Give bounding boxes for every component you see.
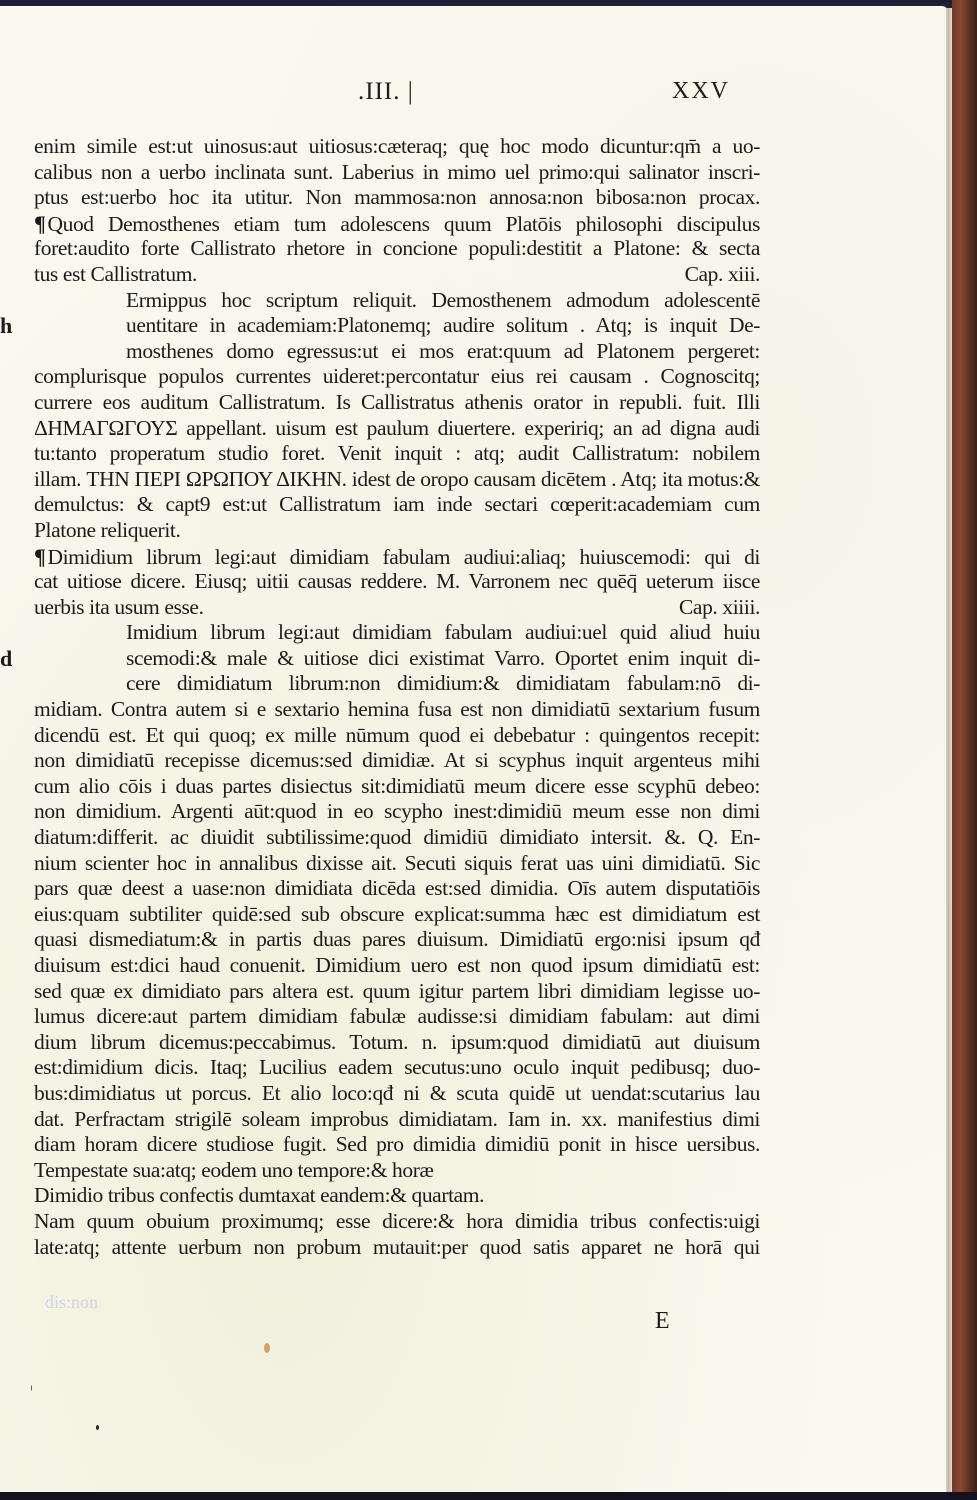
running-head: .III. | bbox=[358, 78, 414, 106]
ink-speck bbox=[31, 1385, 32, 1391]
chapter-number: Cap. xiiii. bbox=[679, 595, 760, 621]
chapter-heading-line: ¶Dimidium librum legi:aut dimidiam fabul… bbox=[34, 544, 760, 570]
text-line: pars quæ deest a uase:non dimidiata dicē… bbox=[34, 876, 760, 902]
page-edge bbox=[946, 8, 952, 1492]
guide-letter: d bbox=[0, 646, 80, 672]
text-line: foret:audito forte Callistrato rhetore i… bbox=[34, 236, 760, 262]
text-line-with-guide: huentitare in academiam:Platonemq; audir… bbox=[126, 313, 760, 339]
text-line: dicendū est. Et qui quoq; ex mille nūmum… bbox=[34, 723, 760, 749]
chapter-heading-end: uerbis ita usum esse.Cap. xiiii. bbox=[34, 595, 760, 621]
text-line: cat uitiose dicere. Eiusq; uitii causas … bbox=[34, 569, 760, 595]
text-line: ptus est:uerbo hoc ita utitur. Non mammo… bbox=[34, 185, 760, 211]
text-line: midiam. Contra autem si e sextario hemin… bbox=[34, 697, 760, 723]
signature-mark: E bbox=[655, 1308, 670, 1335]
ink-speck bbox=[96, 1425, 99, 1430]
text-line: calibus non a uerbo inclinata sunt. Labe… bbox=[34, 160, 760, 186]
text-line: nium scienter hoc in annalibus dixisse a… bbox=[34, 851, 760, 877]
text-line: eius:quam subtiliter quidē:sed sub obscu… bbox=[34, 902, 760, 928]
paragraph-mark-icon: ¶ bbox=[34, 544, 45, 569]
text-line: uentitare in academiam:Platonemq; audire… bbox=[126, 313, 760, 337]
folio-number: XXV bbox=[672, 78, 730, 105]
text-line: mosthenes domo egressus:ut ei mos erat:q… bbox=[126, 339, 760, 365]
verse-line: Tempestate sua:atq; eodem uno tempore:& … bbox=[34, 1158, 760, 1184]
text-line: Imidium librum legi:aut dimidiam fabulam… bbox=[126, 620, 760, 646]
text-line-with-guide: dscemodi:& male & uitiose dici existimat… bbox=[126, 646, 760, 672]
text-line: diam horam dicere studiose fugit. Sed pr… bbox=[34, 1132, 760, 1158]
text-line: non dimidiatū recepisse dicemus:sed dimi… bbox=[34, 748, 760, 774]
show-through-text: dis:non bbox=[45, 1292, 98, 1313]
text-line: dium librum dicemus:peccabimus. Totum. n… bbox=[34, 1030, 760, 1056]
page-text-block: enim simile est:ut uinosus:aut uitiosus:… bbox=[34, 134, 760, 1260]
text-line: bus:dimidiatus ut porcus. Et alio loco:q… bbox=[34, 1081, 760, 1107]
text-line: complurisque populos currentes uideret:p… bbox=[34, 364, 760, 390]
text-line-greek: illam. ΤΗΝ ΠΕΡΙ ΩΡΩΠΟΥ ΔΙΚΗΝ. idest de o… bbox=[34, 467, 760, 493]
text-line: tus est Callistratum. bbox=[34, 262, 197, 288]
text-line: quasi dismediatum:& in partis duas pares… bbox=[34, 927, 760, 953]
text-line: enim simile est:ut uinosus:aut uitiosus:… bbox=[34, 134, 760, 160]
verse-line: Dimidio tribus confectis dumtaxat eandem… bbox=[34, 1183, 760, 1209]
text-line: cum alio cōis i duas partes disiectus si… bbox=[34, 774, 760, 800]
chapter-heading-line: ¶Quod Demosthenes etiam tum adolescens q… bbox=[34, 211, 760, 237]
text-line: demulctus: & capt9 est:ut Callistratum i… bbox=[34, 492, 760, 518]
text-line: Ermippus hoc scriptum reliquit. Demosthe… bbox=[126, 288, 760, 314]
text-line: Nam quum obuium proximumq; esse dicere:&… bbox=[34, 1209, 760, 1235]
text-line: sed quæ ex dimidiato pars altera est. qu… bbox=[34, 979, 760, 1005]
paragraph-mark-icon: ¶ bbox=[34, 211, 45, 236]
text-line: currere eos auditum Callistratum. Is Cal… bbox=[34, 390, 760, 416]
foxing-spot bbox=[264, 1343, 270, 1353]
text-line: Platone reliquerit. bbox=[34, 518, 760, 544]
book-binding bbox=[952, 0, 977, 1500]
text-line: est:dimidium dicis. Itaq; Lucilius eadem… bbox=[34, 1055, 760, 1081]
text-line: cere dimidiatum librum:non dimidium:& di… bbox=[126, 671, 760, 697]
text-line: diatum:differit. ac diuidit subtilissime… bbox=[34, 825, 760, 851]
text-line-greek: ΔΗΜΑΓΩΓΟΥΣ appellant. uisum est paulum d… bbox=[34, 416, 760, 442]
text-line: late:atq; attente uerbum non probum muta… bbox=[34, 1235, 760, 1261]
scanner-background-bottom bbox=[0, 1492, 977, 1500]
text-line: scemodi:& male & uitiose dici existimat … bbox=[126, 646, 760, 670]
text-line: uerbis ita usum esse. bbox=[34, 595, 204, 621]
text-line: non dimidium. Argenti aūt:quod in eo scy… bbox=[34, 799, 760, 825]
text-line: Dimidium librum legi:aut dimidiam fabula… bbox=[47, 545, 760, 569]
guide-letter: h bbox=[0, 313, 80, 339]
chapter-number: Cap. xiii. bbox=[685, 262, 760, 288]
text-line: diuisum est:dici haud conuenit. Dimidium… bbox=[34, 953, 760, 979]
text-line: Quod Demosthenes etiam tum adolescens qu… bbox=[47, 212, 760, 236]
text-line: tu:tanto properatum studio foret. Venit … bbox=[34, 441, 760, 467]
text-line: lumus dicere:aut partem dimidiam fabulæ … bbox=[34, 1004, 760, 1030]
text-line: dat. Perfractam strigilē soleam improbus… bbox=[34, 1107, 760, 1133]
chapter-heading-end: tus est Callistratum.Cap. xiii. bbox=[34, 262, 760, 288]
